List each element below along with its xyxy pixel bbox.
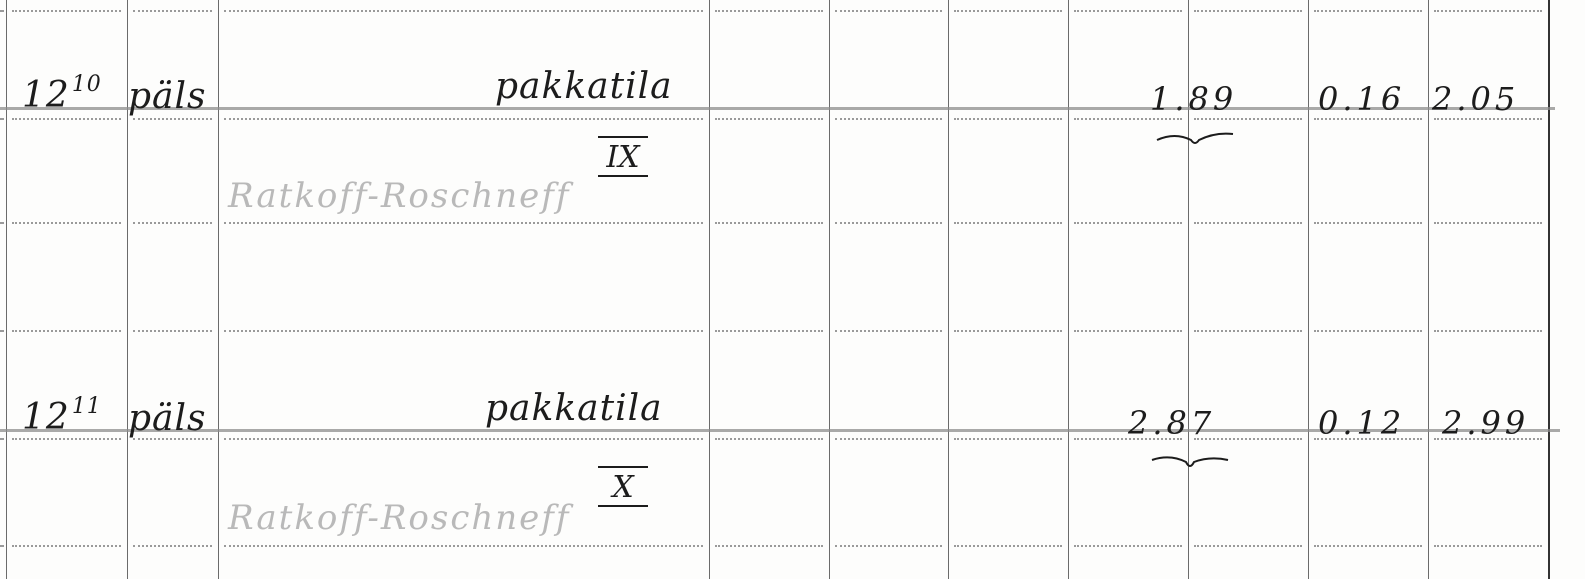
column-rule bbox=[6, 0, 7, 579]
dotted-rule bbox=[954, 10, 1062, 12]
dotted-rule bbox=[0, 118, 4, 120]
entry-description: pakkatila bbox=[485, 388, 663, 429]
pencil-annotation: Ratkoff-Roschneff bbox=[228, 498, 570, 538]
column-rule bbox=[709, 0, 710, 579]
amount-2: 0.16 bbox=[1318, 80, 1405, 118]
dotted-rule bbox=[715, 222, 823, 224]
column-rule-heavy bbox=[1548, 0, 1550, 579]
entry-description: pakkatila bbox=[495, 66, 673, 107]
dotted-rule bbox=[1434, 10, 1542, 12]
dotted-rule bbox=[835, 438, 942, 440]
pencil-annotation: Ratkoff-Roschneff bbox=[228, 176, 570, 216]
amount-2: 0.12 bbox=[1318, 404, 1405, 442]
roman-numeral: IX bbox=[598, 140, 648, 175]
dotted-rule bbox=[1434, 330, 1542, 332]
dotted-rule bbox=[1074, 330, 1182, 332]
dotted-rule bbox=[954, 222, 1062, 224]
dotted-rule bbox=[835, 10, 942, 12]
dotted-rule bbox=[12, 545, 121, 547]
dotted-rule bbox=[1074, 222, 1182, 224]
dotted-rule bbox=[954, 438, 1062, 440]
dotted-rule bbox=[954, 545, 1062, 547]
dotted-rule bbox=[954, 330, 1062, 332]
dotted-rule bbox=[954, 118, 1062, 120]
dotted-rule bbox=[0, 222, 4, 224]
entry-number: 1210 bbox=[22, 72, 102, 116]
dotted-rule bbox=[1194, 545, 1302, 547]
roman-numeral: X bbox=[598, 470, 648, 505]
dotted-rule bbox=[224, 330, 703, 332]
column-rule bbox=[1428, 0, 1429, 579]
dotted-rule bbox=[1194, 118, 1302, 120]
dotted-rule bbox=[224, 222, 703, 224]
dotted-rule bbox=[1314, 545, 1422, 547]
dotted-rule bbox=[835, 330, 942, 332]
dotted-rule bbox=[224, 118, 703, 120]
dotted-rule bbox=[0, 438, 4, 440]
dotted-rule bbox=[835, 545, 942, 547]
entry-abbrev: päls bbox=[128, 398, 207, 439]
ledger-page: 1210 päls pakkatila IX Ratkoff-Roschneff… bbox=[0, 0, 1585, 579]
column-rule bbox=[1068, 0, 1069, 579]
dotted-rule bbox=[133, 118, 212, 120]
total-amount: 2.99 bbox=[1442, 404, 1529, 442]
dotted-rule bbox=[1194, 222, 1302, 224]
dotted-rule bbox=[133, 545, 212, 547]
dotted-rule bbox=[835, 118, 942, 120]
dotted-rule bbox=[715, 118, 823, 120]
entry-abbrev: päls bbox=[128, 76, 207, 117]
dotted-rule bbox=[1314, 118, 1422, 120]
dotted-rule bbox=[224, 545, 703, 547]
dotted-rule bbox=[133, 222, 212, 224]
dotted-rule bbox=[1314, 222, 1422, 224]
dotted-rule bbox=[1074, 118, 1182, 120]
column-rule bbox=[1308, 0, 1309, 579]
dotted-rule bbox=[835, 222, 942, 224]
dotted-rule bbox=[12, 118, 121, 120]
dotted-rule bbox=[133, 330, 212, 332]
dotted-rule bbox=[1314, 330, 1422, 332]
total-amount: 2.05 bbox=[1432, 80, 1519, 118]
brace-mark bbox=[1155, 128, 1235, 150]
brace-mark bbox=[1150, 452, 1230, 474]
dotted-rule bbox=[224, 438, 703, 440]
dotted-rule bbox=[715, 10, 823, 12]
dotted-rule bbox=[1194, 330, 1302, 332]
amount-1: 2.87 bbox=[1128, 404, 1215, 442]
column-rule bbox=[948, 0, 949, 579]
dotted-rule bbox=[1434, 118, 1542, 120]
dotted-rule bbox=[0, 545, 4, 547]
dotted-rule bbox=[1074, 545, 1182, 547]
dotted-rule bbox=[1434, 222, 1542, 224]
dotted-rule bbox=[715, 438, 823, 440]
dotted-rule bbox=[12, 222, 121, 224]
amount-1: 1.89 bbox=[1150, 80, 1237, 118]
dotted-rule bbox=[0, 330, 4, 332]
dotted-rule bbox=[12, 330, 121, 332]
dotted-rule bbox=[715, 545, 823, 547]
dotted-rule bbox=[1074, 10, 1182, 12]
dotted-rule bbox=[715, 330, 823, 332]
dotted-rule bbox=[224, 10, 703, 12]
column-rule bbox=[829, 0, 830, 579]
dotted-rule bbox=[1314, 10, 1422, 12]
dotted-rule bbox=[0, 10, 4, 12]
column-rule bbox=[218, 0, 219, 579]
dotted-rule bbox=[12, 10, 121, 12]
dotted-rule bbox=[1194, 10, 1302, 12]
dotted-rule bbox=[12, 438, 121, 440]
entry-number: 1211 bbox=[22, 394, 102, 438]
dotted-rule bbox=[1434, 545, 1542, 547]
dotted-rule bbox=[133, 10, 212, 12]
